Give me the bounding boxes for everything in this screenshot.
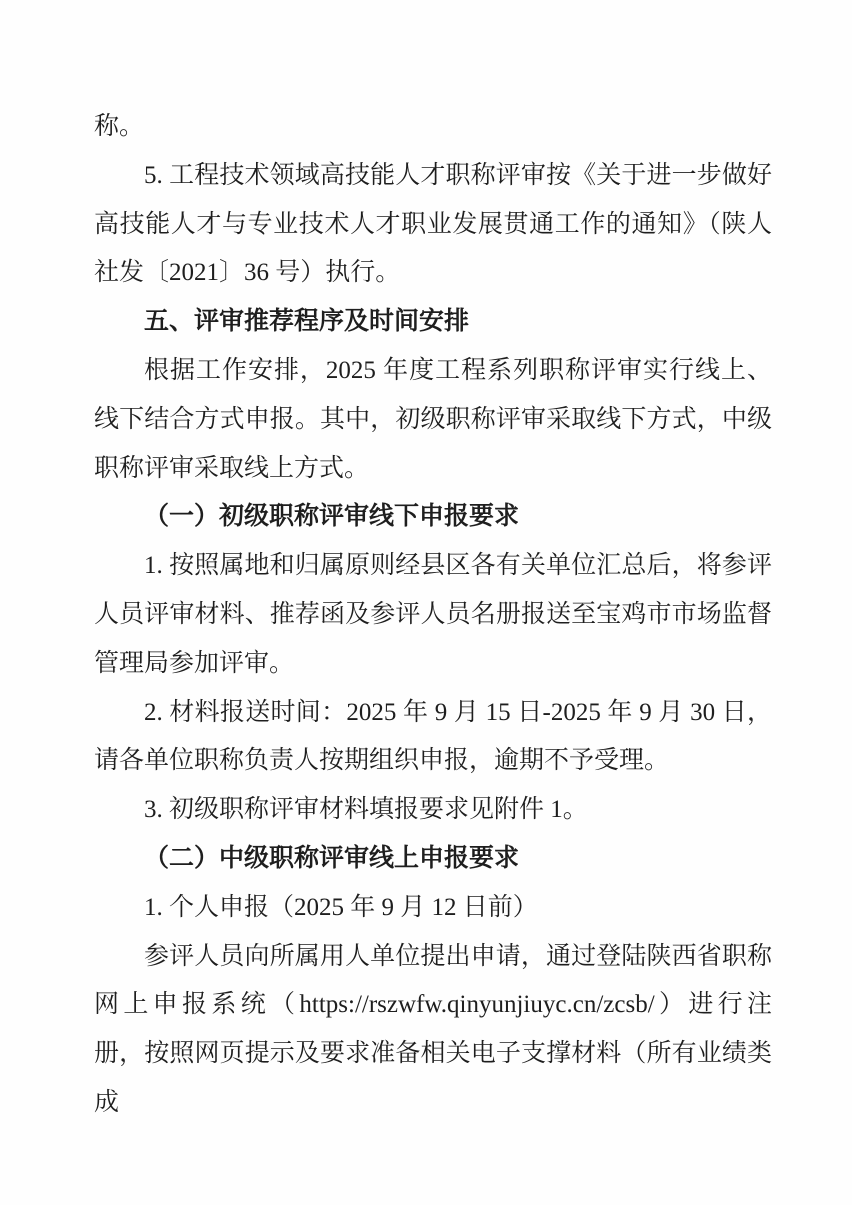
doc-paragraph: 5. 工程技术领域高技能人才职称评审按《关于进一步做好高技能人才与专业技术人才职…	[94, 152, 772, 298]
doc-paragraph: 称。	[94, 103, 772, 152]
doc-paragraph: 3. 初级职称评审材料填报要求见附件 1。	[94, 786, 772, 835]
document-page: 称。5. 工程技术领域高技能人才职称评审按《关于进一步做好高技能人才与专业技术人…	[0, 0, 852, 1205]
doc-paragraph: 1. 按照属地和归属原则经县区各有关单位汇总后，将参评人员评审材料、推荐函及参评…	[94, 542, 772, 688]
doc-section-heading: （一）初级职称评审线下申报要求	[94, 493, 772, 542]
doc-section-heading: 五、评审推荐程序及时间安排	[94, 298, 772, 347]
document-body: 称。5. 工程技术领域高技能人才职称评审按《关于进一步做好高技能人才与专业技术人…	[94, 103, 772, 1128]
doc-paragraph: 1. 个人申报（2025 年 9 月 12 日前）	[94, 884, 772, 933]
doc-paragraph: 根据工作安排，2025 年度工程系列职称评审实行线上、线下结合方式申报。其中，初…	[94, 347, 772, 493]
doc-section-heading: （二）中级职称评审线上申报要求	[94, 835, 772, 884]
doc-paragraph: 参评人员向所属用人单位提出申请，通过登陆陕西省职称网上申报系统（https://…	[94, 933, 772, 1128]
doc-paragraph: 2. 材料报送时间：2025 年 9 月 15 日-2025 年 9 月 30 …	[94, 689, 772, 787]
